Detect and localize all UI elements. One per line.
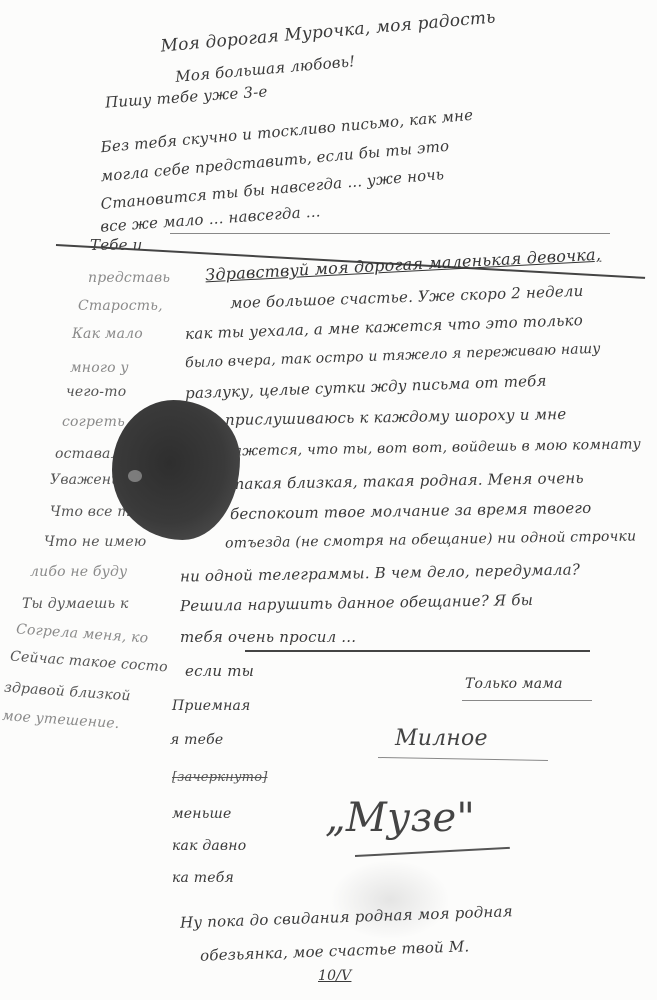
- middle-strike-line: [245, 650, 590, 652]
- left-line: представь: [88, 270, 170, 286]
- left-line: Ты думаешь к: [22, 596, 129, 612]
- middle-line: было вчера, так остро и тяжело я пережив…: [185, 341, 601, 371]
- lower-left-line: ка тебя: [172, 870, 234, 886]
- middle-line: мое большое счастье. Уже скоро 2 недели: [230, 282, 584, 312]
- middle-line: беспокоит твое молчание за время твоего: [230, 499, 592, 523]
- left-line: Как мало: [72, 326, 143, 342]
- closing-date: 10/V: [318, 968, 351, 984]
- signature-word-2: „Музе": [325, 795, 475, 841]
- left-line: либо не буду: [30, 564, 127, 580]
- top-line: Моя большая любовь!: [175, 52, 356, 86]
- closing-note: Только мама: [465, 676, 563, 692]
- top-line: Тебе и: [90, 236, 143, 254]
- left-line: согреть: [62, 414, 125, 430]
- middle-line: если ты: [185, 662, 254, 680]
- closing-note-underline: [462, 700, 592, 701]
- closing-line-2: обезьянка, мое счастье твой М.: [200, 937, 470, 964]
- left-line: Согрела меня, ко: [16, 621, 149, 646]
- middle-line: кажется, что ты, вот вот, войдешь в мою …: [225, 436, 641, 459]
- left-line: мое утешение.: [2, 708, 120, 732]
- middle-line: такая близкая, такая родная. Меня очень: [230, 469, 584, 493]
- middle-line: Решила нарушить данное обещание? Я бы: [180, 591, 533, 615]
- left-line: много у: [70, 360, 129, 376]
- letter-page: Моя дорогая Мурочка, моя радость Моя бол…: [0, 0, 657, 1000]
- ink-blot-highlight: [128, 470, 142, 482]
- lower-left-line: я тебе: [170, 732, 223, 748]
- left-line: Сейчас такое состо: [10, 649, 169, 676]
- top-divider: [170, 233, 610, 234]
- left-line: Что не имею: [44, 534, 146, 550]
- lower-left-line: меньше: [172, 806, 231, 822]
- signature-underline-2: [355, 847, 510, 857]
- lower-left-line: Приемная: [172, 698, 251, 714]
- middle-line: ни одной телеграммы. В чем дело, передум…: [180, 561, 580, 586]
- left-line: Старость,: [78, 298, 163, 314]
- top-line: Пишу тебе уже 3-е: [105, 82, 268, 111]
- left-line: здравой близкой: [4, 680, 132, 705]
- lower-left-line: как давно: [172, 838, 246, 854]
- middle-line: отъезда (не смотря на обещание) ни одной…: [225, 528, 636, 551]
- left-line: чего-то: [66, 384, 126, 400]
- middle-line: прислушиваюсь к каждому шороху и мне: [225, 405, 567, 429]
- lower-left-line: [зачеркнуто]: [172, 770, 268, 785]
- middle-line: тебя очень просил ...: [180, 628, 356, 646]
- middle-line: разлуку, целые сутки жду письма от тебя: [185, 372, 547, 403]
- middle-greeting: Здравствуй моя дорогая маленькая девочка…: [205, 245, 602, 285]
- middle-line: как ты уехала, а мне кажется что это тол…: [185, 311, 583, 343]
- signature-underline-1: [378, 757, 548, 761]
- signature-word-1: Милное: [395, 726, 488, 751]
- salutation: Моя дорогая Мурочка, моя радость: [160, 7, 497, 56]
- paper-smudge: [330, 860, 450, 940]
